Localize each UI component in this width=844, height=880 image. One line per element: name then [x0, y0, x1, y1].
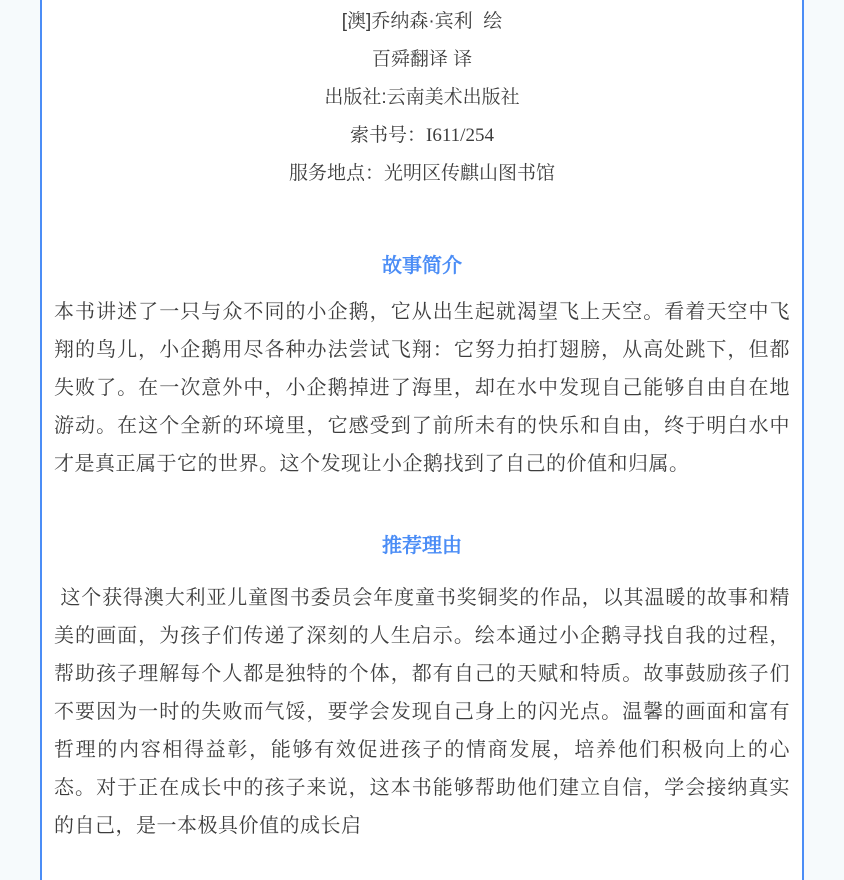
book-call-number: 索书号：I611/254: [54, 117, 790, 155]
book-translator: 百舜翻译 译: [54, 41, 790, 79]
section-title-story-intro: 故事简介: [54, 247, 790, 285]
book-publisher: 出版社:云南美术出版社: [54, 79, 790, 117]
book-service-location: 服务地点：光明区传麒山图书馆: [54, 155, 790, 193]
article-content-column: [澳]乔纳森·宾利 绘 百舜翻译 译 出版社:云南美术出版社 索书号：I611/…: [40, 0, 804, 880]
recommendation-paragraph: 这个获得澳大利亚儿童图书委员会年度童书奖铜奖的作品，以其温暖的故事和精美的画面，…: [54, 579, 790, 845]
article-page: [澳]乔纳森·宾利 绘 百舜翻译 译 出版社:云南美术出版社 索书号：I611/…: [0, 0, 844, 880]
book-illustrator: [澳]乔纳森·宾利 绘: [54, 3, 790, 41]
section-title-recommendation: 推荐理由: [54, 527, 790, 565]
book-info-block: [澳]乔纳森·宾利 绘 百舜翻译 译 出版社:云南美术出版社 索书号：I611/…: [54, 3, 790, 193]
story-intro-paragraph: 本书讲述了一只与众不同的小企鹅，它从出生起就渴望飞上天空。看着天空中飞翔的鸟儿，…: [54, 293, 790, 483]
